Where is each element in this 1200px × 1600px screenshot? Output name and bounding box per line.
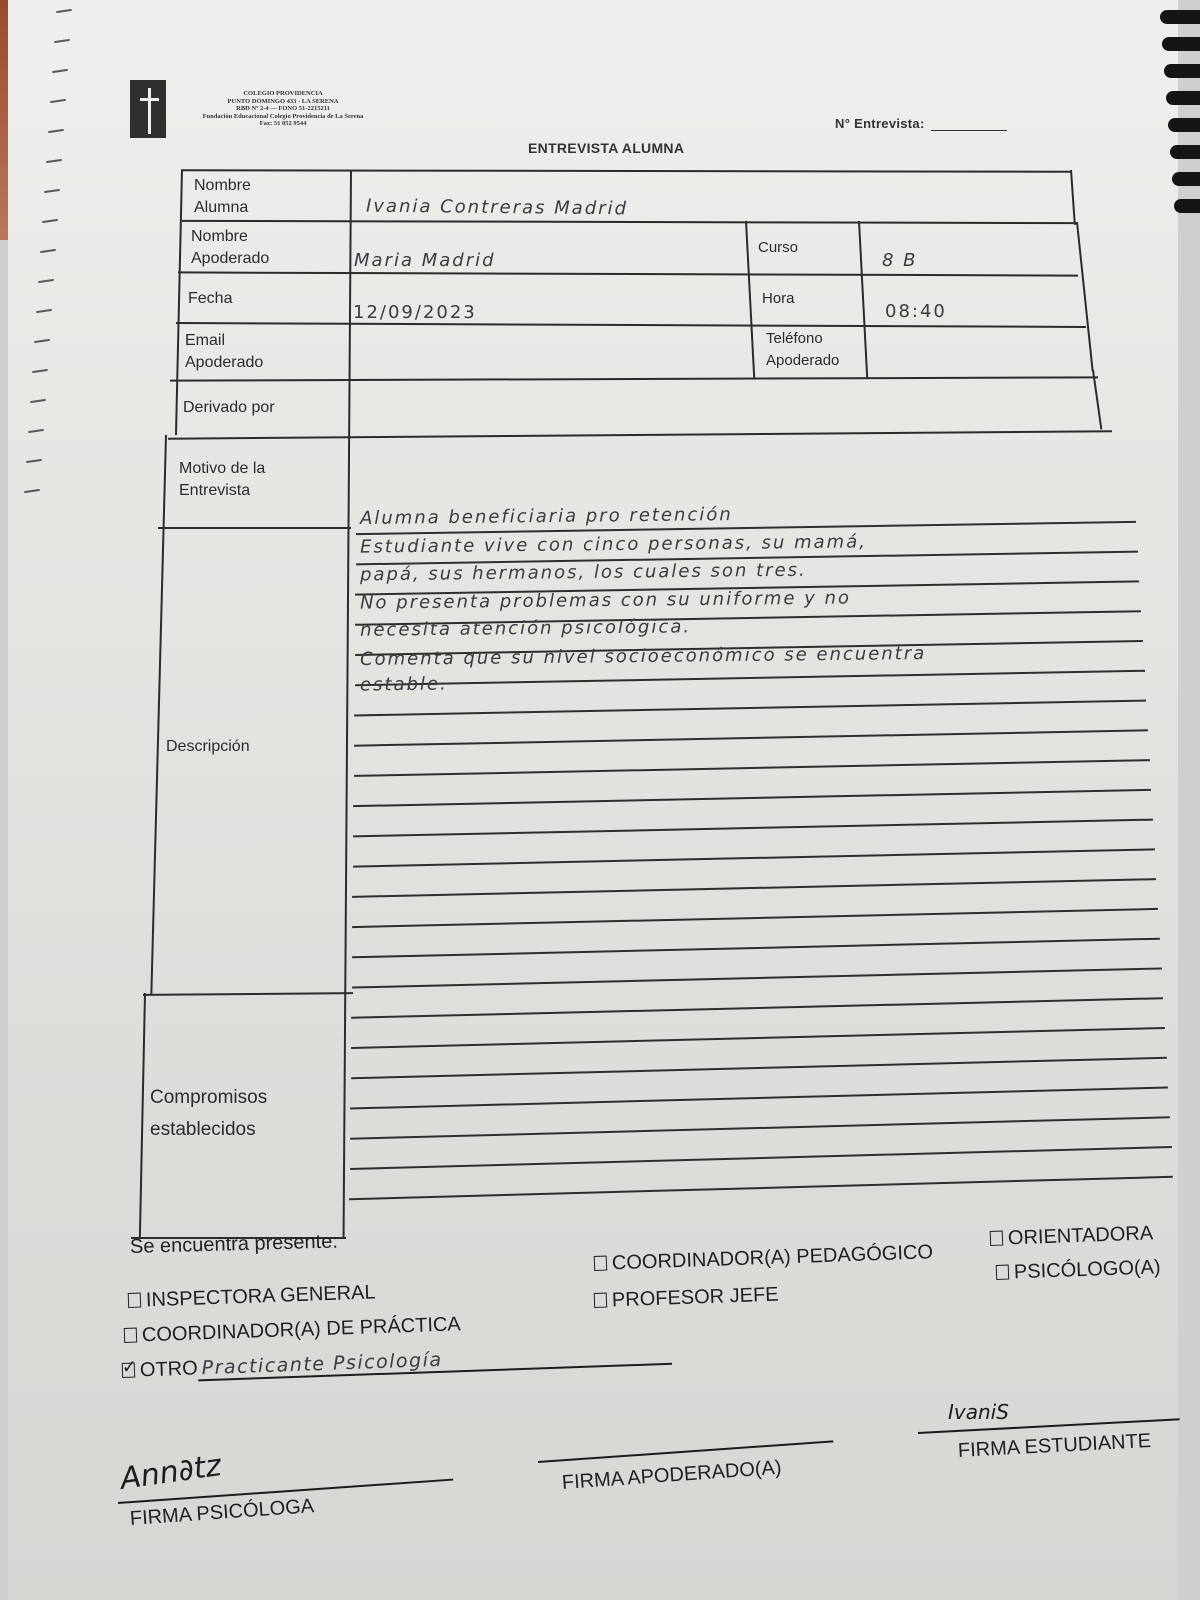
label-student-name: NombreAlumna xyxy=(194,175,251,219)
label-time: Hora xyxy=(762,288,795,310)
checkbox-checked-icon[interactable] xyxy=(122,1363,136,1378)
writing-rule-line xyxy=(351,997,1163,1018)
writing-rule-line xyxy=(354,700,1146,716)
writing-rule-line xyxy=(353,789,1151,807)
attendance-option-label: PSICÓLOGO(A) xyxy=(1014,1256,1161,1283)
student-signature-mark: IvaniS xyxy=(948,1400,1009,1424)
date-field[interactable]: 12/09/2023 xyxy=(353,302,477,323)
label-reason: Motivo de laEntrevista xyxy=(179,458,265,502)
checkbox-icon[interactable] xyxy=(996,1265,1010,1280)
label-referred-by: Derivado por xyxy=(183,397,275,419)
attendance-option-label: PROFESOR JEFE xyxy=(612,1284,779,1312)
writing-rule-line xyxy=(355,670,1145,686)
description-line: Comenta que su nivel socioeconómico se e… xyxy=(360,643,926,670)
writing-rule-line xyxy=(350,1087,1168,1109)
description-line: Estudiante vive con cinco personas, su m… xyxy=(360,531,867,557)
description-line: papá, sus hermanos, los cuales son tres. xyxy=(360,560,807,586)
writing-rule-line xyxy=(351,1057,1167,1079)
writing-rule-line xyxy=(352,908,1158,928)
writing-rule-line xyxy=(350,1176,1174,1200)
student-name-field[interactable]: Ivania Contreras Madrid xyxy=(366,196,628,220)
label-guardian-name: NombreApoderado xyxy=(191,226,269,270)
writing-rule-line xyxy=(351,1027,1165,1049)
label-commitments: Compromisosestablecidos xyxy=(150,1082,267,1146)
checkbox-icon[interactable] xyxy=(594,1293,608,1308)
writing-rule-line xyxy=(354,759,1150,776)
description-line: Alumna beneficiaria pro retención xyxy=(360,504,733,529)
writing-rule-line xyxy=(354,729,1148,746)
description-line: No presenta problemas con su uniforme y … xyxy=(360,587,851,613)
writing-rule-line xyxy=(353,848,1155,867)
time-field[interactable]: 08:40 xyxy=(885,301,947,322)
writing-rule-line xyxy=(352,878,1156,897)
checkbox-icon[interactable] xyxy=(128,1293,142,1308)
label-description: Descripción xyxy=(166,736,250,758)
checkbox-icon[interactable] xyxy=(124,1328,138,1343)
label-course: Curso xyxy=(758,237,798,259)
writing-rule-line xyxy=(350,1116,1170,1139)
description-line: estable. xyxy=(360,674,448,696)
label-date: Fecha xyxy=(188,288,232,310)
label-guardian-email: EmailApoderado xyxy=(185,330,263,374)
writing-rule-line xyxy=(352,938,1160,958)
writing-rule-line xyxy=(353,819,1153,837)
writing-rule-line xyxy=(350,1146,1172,1169)
attendance-option-label: OTRO xyxy=(140,1357,199,1381)
attendance-option-label: ORIENTADORA xyxy=(1008,1222,1154,1249)
course-field[interactable]: 8 B xyxy=(882,250,918,271)
checkbox-icon[interactable] xyxy=(990,1231,1004,1246)
description-line: necesita atención psicológica. xyxy=(360,616,691,640)
guardian-name-field[interactable]: Maria Madrid xyxy=(354,250,496,271)
checkbox-icon[interactable] xyxy=(594,1256,608,1271)
label-guardian-phone: TeléfonoApoderado xyxy=(766,328,839,372)
writing-rule-line xyxy=(352,967,1162,988)
